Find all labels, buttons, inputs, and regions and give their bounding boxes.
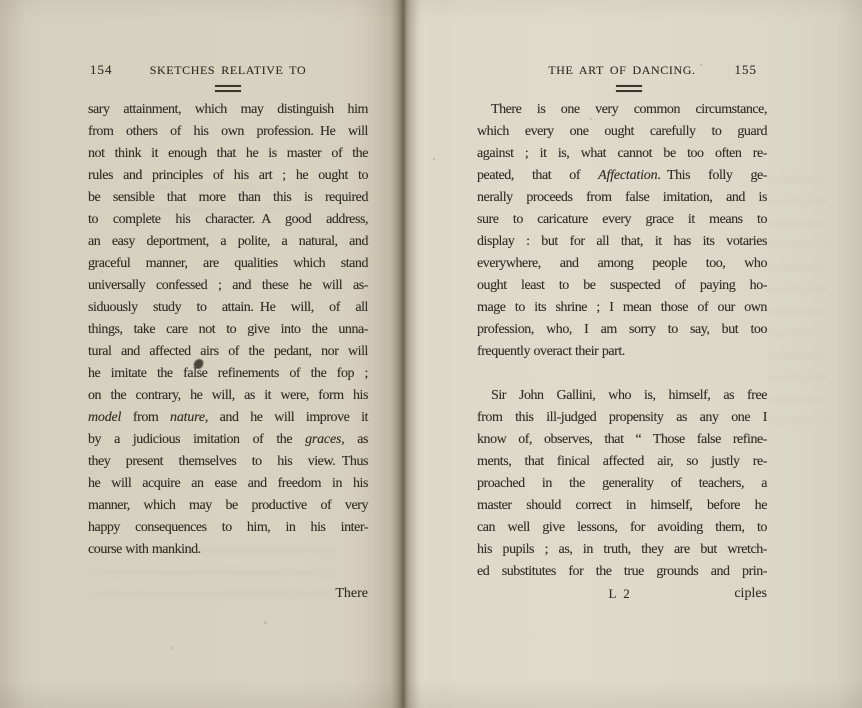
text-line: master should correct in himself, before… [477,495,767,517]
page-right: THE ART OF DANCING. 155 There is one ver… [431,0,862,708]
text-line: by a judicious imitation of the graces, … [88,429,368,451]
book-spread: 154 SKETCHES RELATIVE TO sary attainment… [0,0,862,708]
paper-speck [171,647,173,649]
text-line: graceful manner, are qualities which sta… [88,253,368,275]
text-line: he imitate the false refinements of the … [88,363,368,385]
text-line: things, take care not to give into the u… [88,319,368,341]
text-line: proached in the generality of teachers, … [477,473,767,495]
text-line: which every one ought carefully to guard [477,121,767,143]
text-line: manner, which may be productive of very [88,495,368,517]
text-line: mage to its shrine ; I mean those of our… [477,297,767,319]
text-line: peated, that of Affectation. This folly … [477,165,767,187]
text-line: know of, observes, that “ Those false re… [477,429,767,451]
page-body-right: There is one very common circumstance,wh… [477,99,767,583]
text-line: ought least to be suspected of paying ho… [477,275,767,297]
paragraph: sary attainment, which may distinguish h… [88,99,368,561]
paper-speck [700,64,702,66]
page-left: 154 SKETCHES RELATIVE TO sary attainment… [0,0,431,708]
text-line: There is one very common circumstance, [477,99,767,121]
paragraph: There is one very common circumstance,wh… [477,99,767,363]
text-line: ed substitutes for the true grounds and … [477,561,767,583]
text-line: sary attainment, which may distinguish h… [88,99,368,121]
text-line: course with mankind. [88,539,368,561]
text-line: tural and affected airs of the pedant, n… [88,341,368,363]
text-line: universally confessed ; and these he wil… [88,275,368,297]
text-line: display : but for all that, it has its v… [477,231,767,253]
text-line: to complete his character. A good addres… [88,209,368,231]
running-title-right: THE ART OF DANCING. [477,63,767,78]
paper-speck [101,271,103,273]
text-line: they present themselves to his view. Thu… [88,451,368,473]
text-line: not think it enough that he is master of… [88,143,368,165]
text-line: frequently overact their part. [477,341,767,363]
header-rule-left [215,85,241,92]
text-line: ments, that finical affected air, so jus… [477,451,767,473]
text-line: from this ill-judged propensity as any o… [477,407,767,429]
running-header-left: 154 SKETCHES RELATIVE TO [88,63,368,81]
page-footer-right: L 2 ciples [477,583,767,605]
show-through [769,178,827,440]
catchword-right: ciples [734,583,767,605]
catchword-left: There [88,583,368,605]
text-line: from others of his own profession. He wi… [88,121,368,143]
text-line: sure to caricature every grace it means … [477,209,767,231]
text-line: be sensible that more than this is requi… [88,187,368,209]
gutter-line [402,0,405,708]
page-number-right: 155 [735,62,758,78]
page-body-left: sary attainment, which may distinguish h… [88,99,368,561]
text-line: an easy deportment, a polite, a natural,… [88,231,368,253]
text-line: Sir John Gallini, who is, himself, as fr… [477,385,767,407]
text-line: he will acquire an ease and freedom in h… [88,473,368,495]
text-line: model from nature, and he will improve i… [88,407,368,429]
signature-mark: L 2 [609,583,632,605]
running-title-left: SKETCHES RELATIVE TO [88,63,368,78]
running-header-right: THE ART OF DANCING. 155 [477,63,767,81]
header-rule-right [616,85,642,92]
paper-speck [433,158,435,160]
paragraph: Sir John Gallini, who is, himself, as fr… [477,385,767,583]
paper-speck [590,118,592,120]
text-line: on the contrary, he will, as it were, fo… [88,385,368,407]
page-number-left: 154 [90,62,113,78]
text-line: can well give lessons, for avoiding them… [477,517,767,539]
paper-speck [264,621,267,624]
text-line: against ; it is, what cannot be too ofte… [477,143,767,165]
text-line: siduously study to attain. He will, of a… [88,297,368,319]
text-line: rules and principles of his art ; he oug… [88,165,368,187]
text-line: his pupils ; as, in truth, they are but … [477,539,767,561]
text-line: profession, who, I am sorry to say, but … [477,319,767,341]
text-line: happy consequences to him, in his inter- [88,517,368,539]
text-line: nerally proceeds from false imitation, a… [477,187,767,209]
text-line: everywhere, and among people too, who [477,253,767,275]
